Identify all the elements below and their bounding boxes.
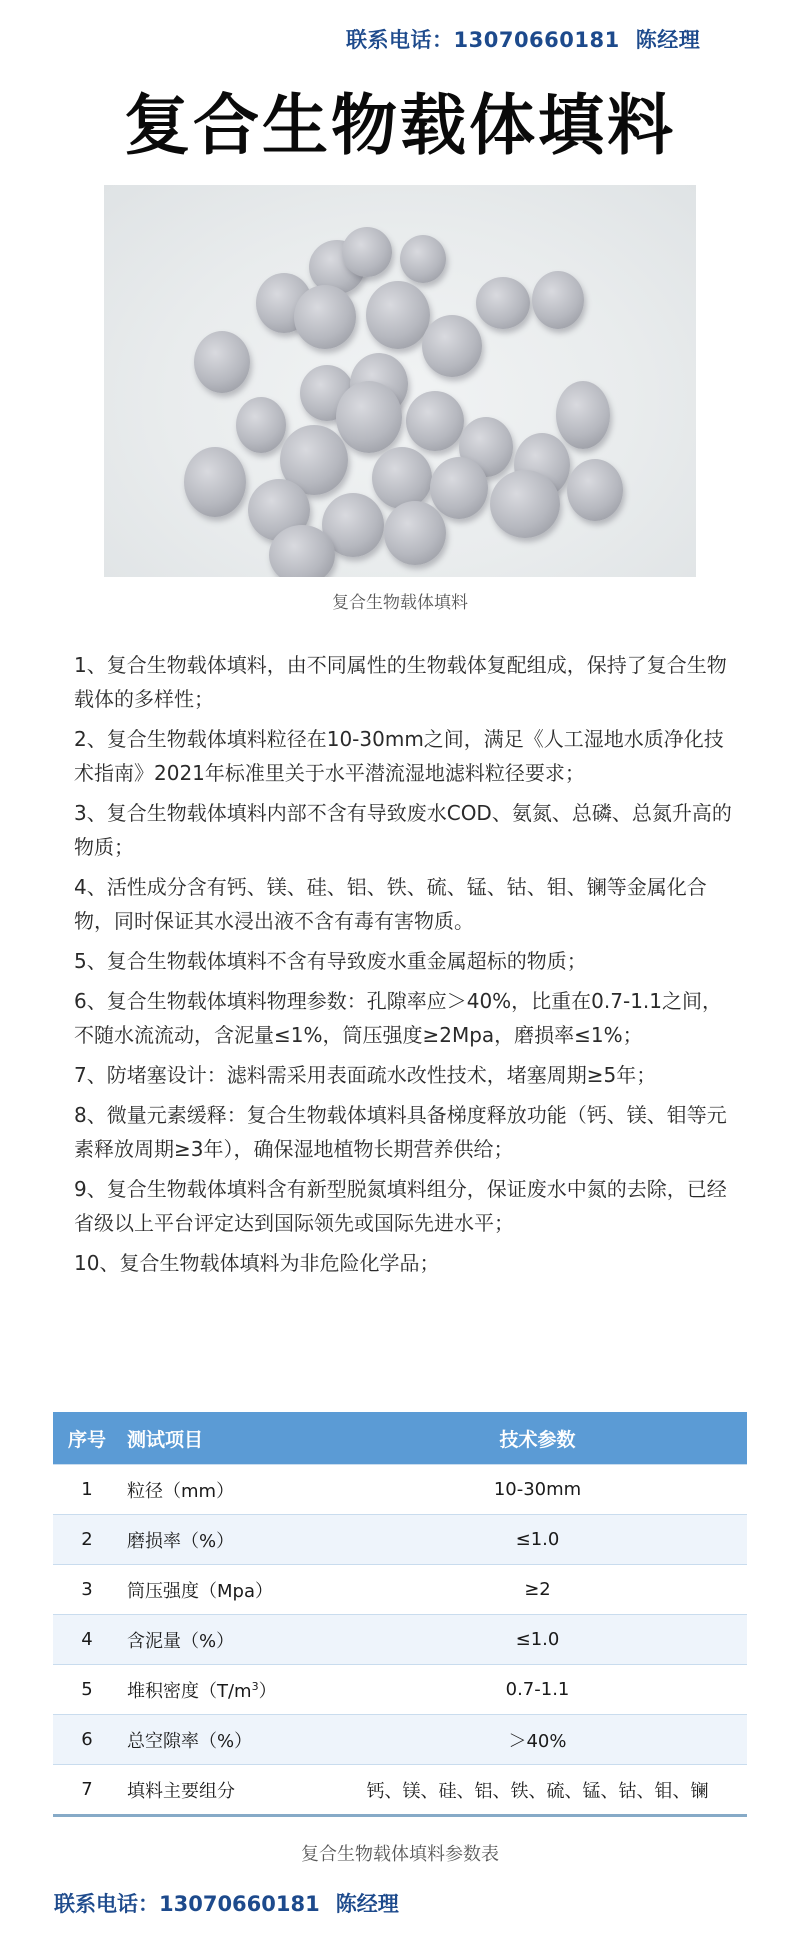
contact-person: 陈经理 xyxy=(336,1892,399,1916)
cell-no: 7 xyxy=(53,1765,121,1816)
cell-no: 6 xyxy=(53,1715,121,1765)
cell-param: 钙、镁、硅、铝、铁、硫、锰、钴、钼、镧 xyxy=(328,1765,747,1816)
feature-item: 8、微量元素缓释：复合生物载体填料具备梯度释放功能（钙、镁、钼等元素释放周期≥3… xyxy=(74,1098,734,1166)
product-photo xyxy=(104,185,696,577)
cell-item: 填料主要组分 xyxy=(121,1765,328,1816)
feature-item: 1、复合生物载体填料，由不同属性的生物载体复配组成，保持了复合生物载体的多样性； xyxy=(74,648,734,716)
cell-item: 含泥量（%） xyxy=(121,1615,328,1665)
cell-item: 筒压强度（Mpa） xyxy=(121,1565,328,1615)
contact-footer: 联系电话：13070660181陈经理 xyxy=(54,1888,399,1918)
feature-item: 6、复合生物载体填料物理参数：孔隙率应＞40%，比重在0.7-1.1之间，不随水… xyxy=(74,984,734,1052)
table-row: 7 填料主要组分 钙、镁、硅、铝、铁、硫、锰、钴、钼、镧 xyxy=(53,1765,747,1816)
table-caption: 复合生物载体填料参数表 xyxy=(0,1840,800,1866)
cell-no: 3 xyxy=(53,1565,121,1615)
table-row: 6 总空隙率（%） ＞40% xyxy=(53,1715,747,1765)
header-item: 测试项目 xyxy=(121,1412,328,1465)
cell-item-prefix: 堆积密度（T/m xyxy=(127,1681,252,1702)
header-param: 技术参数 xyxy=(328,1412,747,1465)
feature-item: 3、复合生物载体填料内部不含有导致废水COD、氨氮、总磷、总氮升高的物质； xyxy=(74,796,734,864)
table-row: 3 筒压强度（Mpa） ≥2 xyxy=(53,1565,747,1615)
cell-param: ≥2 xyxy=(328,1565,747,1615)
header-no: 序号 xyxy=(53,1412,121,1465)
contact-person: 陈经理 xyxy=(636,28,701,52)
contact-phone[interactable]: 13070660181 xyxy=(159,1892,320,1916)
contact-phone[interactable]: 13070660181 xyxy=(454,28,620,52)
cell-param: ≤1.0 xyxy=(328,1615,747,1665)
feature-item: 2、复合生物载体填料粒径在10-30mm之间，满足《人工湿地水质净化技术指南》2… xyxy=(74,722,734,790)
cell-no: 1 xyxy=(53,1465,121,1515)
contact-label: 联系电话： xyxy=(54,1892,159,1916)
table-row: 2 磨损率（%） ≤1.0 xyxy=(53,1515,747,1565)
table-row: 1 粒径（mm） 10-30mm xyxy=(53,1465,747,1515)
contact-header: 联系电话：13070660181陈经理 xyxy=(346,24,700,54)
feature-item: 5、复合生物载体填料不含有导致废水重金属超标的物质； xyxy=(74,944,734,978)
cell-no: 4 xyxy=(53,1615,121,1665)
cell-param: ≤1.0 xyxy=(328,1515,747,1565)
cell-item: 总空隙率（%） xyxy=(121,1715,328,1765)
photo-caption: 复合生物载体填料 xyxy=(0,588,800,613)
cell-param: ＞40% xyxy=(328,1715,747,1765)
feature-item: 9、复合生物载体填料含有新型脱氮填料组分，保证废水中氮的去除，已经省级以上平台评… xyxy=(74,1172,734,1240)
cell-item: 磨损率（%） xyxy=(121,1515,328,1565)
feature-item: 4、活性成分含有钙、镁、硅、铝、铁、硫、锰、钴、钼、镧等金属化合物，同时保证其水… xyxy=(74,870,734,938)
table-header-row: 序号 测试项目 技术参数 xyxy=(53,1412,747,1465)
cell-param: 10-30mm xyxy=(328,1465,747,1515)
feature-item: 7、防堵塞设计：滤料需采用表面疏水改性技术，堵塞周期≥5年； xyxy=(74,1058,734,1092)
cell-item: 粒径（mm） xyxy=(121,1465,328,1515)
page-title: 复合生物载体填料 xyxy=(0,72,800,167)
cell-no: 5 xyxy=(53,1665,121,1715)
cell-item: 堆积密度（T/m3） xyxy=(121,1665,328,1715)
feature-list: 1、复合生物载体填料，由不同属性的生物载体复配组成，保持了复合生物载体的多样性；… xyxy=(74,648,734,1286)
table-row: 4 含泥量（%） ≤1.0 xyxy=(53,1615,747,1665)
table-row: 5 堆积密度（T/m3） 0.7-1.1 xyxy=(53,1665,747,1715)
cell-item-superscript: 3 xyxy=(252,1680,259,1693)
cell-param: 0.7-1.1 xyxy=(328,1665,747,1715)
contact-label: 联系电话： xyxy=(346,28,454,52)
cell-no: 2 xyxy=(53,1515,121,1565)
spec-table: 序号 测试项目 技术参数 1 粒径（mm） 10-30mm 2 磨损率（%） ≤… xyxy=(53,1412,747,1817)
cell-item-suffix: ） xyxy=(259,1681,277,1702)
feature-item: 10、复合生物载体填料为非危险化学品； xyxy=(74,1246,734,1280)
